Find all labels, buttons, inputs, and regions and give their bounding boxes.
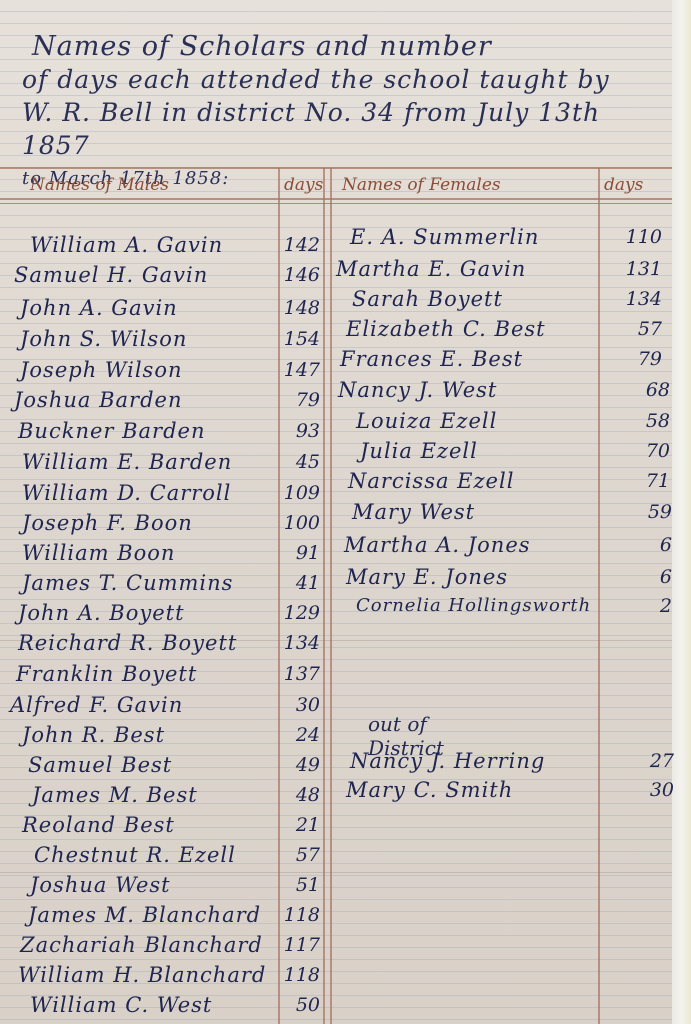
header-double-rule: [0, 203, 672, 204]
column-divider: [323, 168, 325, 1024]
female-name: Mary C. Smith: [346, 775, 513, 805]
male-days: 45: [278, 447, 320, 477]
male-days: 129: [278, 598, 320, 628]
title-line: W. R. Bell in district No. 34 from July …: [22, 96, 662, 162]
male-days: 118: [278, 900, 320, 930]
document-title: Names of Scholars and number of days eac…: [22, 30, 662, 195]
female-name: Julia Ezell: [360, 436, 478, 466]
header-males-days: days: [284, 172, 323, 198]
male-name: Buckner Barden: [18, 416, 206, 446]
male-days: 117: [278, 930, 320, 960]
male-name: Franklin Boyett: [16, 659, 197, 689]
column-divider: [598, 168, 600, 1024]
female-name: E. A. Summerlin: [350, 222, 539, 252]
female-name: Louiza Ezell: [356, 406, 497, 436]
male-name: James M. Blanchard: [28, 900, 261, 930]
female-name: Mary West: [352, 497, 475, 527]
male-days: 30: [278, 690, 320, 720]
male-days: 109: [278, 478, 320, 508]
male-name: John A. Boyett: [18, 598, 185, 628]
male-name: Zachariah Blanchard: [20, 930, 263, 960]
female-name: Mary E. Jones: [346, 562, 508, 592]
male-days: 146: [278, 260, 320, 290]
female-days: 110: [620, 222, 662, 252]
female-days: 6: [630, 562, 672, 592]
male-name: Alfred F. Gavin: [10, 690, 183, 720]
female-name: Martha E. Gavin: [336, 254, 526, 284]
male-name: James M. Best: [32, 780, 198, 810]
header-bottom-rule: [0, 198, 672, 200]
header-females-days: days: [604, 172, 643, 198]
male-days: 41: [278, 568, 320, 598]
male-days: 142: [278, 230, 320, 260]
female-days: 68: [628, 375, 670, 405]
male-name: James T. Cummins: [22, 568, 233, 598]
male-name: William C. West: [30, 990, 212, 1020]
female-days: 134: [620, 284, 662, 314]
female-name: Frances E. Best: [340, 344, 523, 374]
header-females: Names of Females: [342, 172, 501, 198]
male-days: 91: [278, 538, 320, 568]
male-name: Reichard R. Boyett: [18, 628, 237, 658]
female-days: 57: [620, 314, 662, 344]
female-days: 58: [628, 406, 670, 436]
female-days: 6: [630, 530, 672, 560]
male-days: 79: [278, 385, 320, 415]
male-days: 137: [278, 659, 320, 689]
female-name: Sarah Boyett: [352, 284, 503, 314]
male-name: Joseph Wilson: [20, 355, 183, 385]
female-days: 131: [620, 254, 662, 284]
male-days: 50: [278, 990, 320, 1020]
male-days: 51: [278, 870, 320, 900]
male-name: William H. Blanchard: [18, 960, 266, 990]
female-days: 30: [632, 775, 674, 805]
male-days: 49: [278, 750, 320, 780]
female-name: Nancy J. West: [338, 375, 497, 405]
male-name: Joshua Barden: [14, 385, 182, 415]
male-days: 21: [278, 810, 320, 840]
male-days: 147: [278, 355, 320, 385]
column-divider: [330, 168, 332, 1024]
ledger-page: Names of Scholars and number of days eac…: [0, 0, 672, 1024]
male-name: William D. Carroll: [22, 478, 231, 508]
female-days: 70: [628, 436, 670, 466]
male-days: 57: [278, 840, 320, 870]
female-name: Narcissa Ezell: [348, 466, 514, 496]
male-name: John A. Gavin: [20, 293, 178, 323]
male-name: Joshua West: [30, 870, 171, 900]
female-days: 2: [630, 591, 672, 621]
female-name: Nancy J. Herring: [350, 746, 545, 776]
male-days: 148: [278, 293, 320, 323]
female-name: Elizabeth C. Best: [346, 314, 546, 344]
title-line: of days each attended the school taught …: [22, 63, 662, 96]
female-days: 27: [632, 746, 674, 776]
male-name: Samuel H. Gavin: [14, 260, 208, 290]
female-name: Martha A. Jones: [344, 530, 531, 560]
male-name: Reoland Best: [22, 810, 175, 840]
male-name: William Boon: [22, 538, 175, 568]
male-name: William A. Gavin: [30, 230, 223, 260]
male-days: 24: [278, 720, 320, 750]
male-days: 134: [278, 628, 320, 658]
male-days: 100: [278, 508, 320, 538]
male-days: 154: [278, 324, 320, 354]
male-days: 118: [278, 960, 320, 990]
male-days: 93: [278, 416, 320, 446]
male-name: Joseph F. Boon: [22, 508, 193, 538]
female-days: 59: [630, 497, 672, 527]
male-name: Samuel Best: [28, 750, 172, 780]
header-top-rule: [0, 167, 672, 169]
male-name: William E. Barden: [22, 447, 232, 477]
male-days: 48: [278, 780, 320, 810]
female-name: Cornelia Hollingsworth: [356, 591, 591, 621]
header-males: Names of Males: [30, 172, 169, 198]
female-days: 79: [620, 344, 662, 374]
title-line: Names of Scholars and number: [22, 30, 662, 63]
female-days: 71: [628, 466, 670, 496]
male-name: Chestnut R. Ezell: [34, 840, 236, 870]
male-name: John R. Best: [22, 720, 165, 750]
male-name: John S. Wilson: [20, 324, 187, 354]
